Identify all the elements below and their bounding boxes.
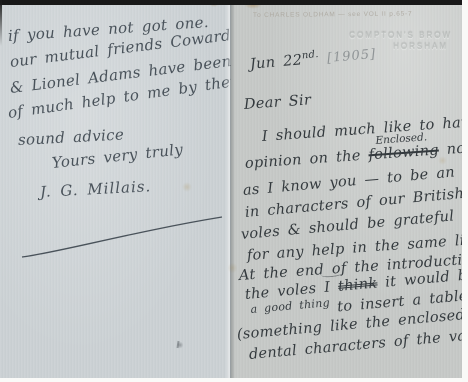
salutation: Dear Sir — [243, 92, 311, 113]
letter-photo-frame: if you have not got one. our mutual frie… — [0, 0, 468, 382]
letter-page-left: if you have not got one. our mutual frie… — [0, 5, 231, 378]
letter-photograph: { "annotations": { "recipient_note": "To… — [0, 0, 468, 382]
date-ordinal: nd. — [301, 49, 319, 61]
photo-right-margin — [462, 0, 468, 382]
date-year-pencil: [1905] — [326, 47, 376, 66]
signature: J. G. Millais. — [40, 177, 152, 201]
body-text: note. — [438, 139, 462, 158]
photo-left-edge — [0, 0, 2, 46]
body-text: opinion on the — [244, 147, 369, 172]
correction: Enclosed.following — [368, 142, 439, 163]
page-seam-shadow — [230, 5, 235, 378]
handwriting-line: sound advice — [18, 125, 125, 149]
pencil-recipient-annotation: To CHARLES OLDHAM — see VOL II p.65-7 — [253, 10, 462, 19]
photo-bottom-margin — [0, 378, 462, 382]
embossed-letterhead-line1: COMPTON'S BROW — [349, 31, 452, 40]
signature-flourish — [16, 211, 228, 261]
photo-top-edge — [0, 0, 462, 5]
embossed-letterhead-line2: HORSHAM — [393, 42, 448, 51]
date-day: Jun 22 — [249, 52, 303, 73]
body-line: I should much like to have your — [261, 111, 462, 145]
letter-page-right: To CHARLES OLDHAM — see VOL II p.65-7 CO… — [231, 5, 462, 378]
date-line: Jun 22nd. [1905] — [249, 44, 377, 73]
struck-word: think — [337, 275, 378, 294]
